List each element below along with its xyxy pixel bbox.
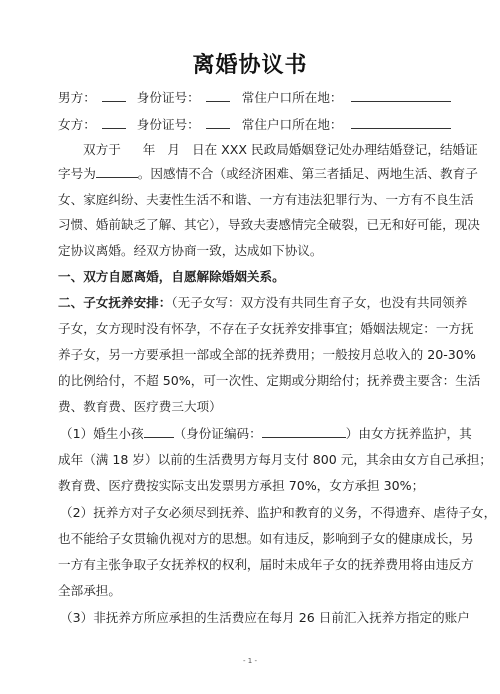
clause-1-text: （身份证编码： — [174, 426, 262, 441]
male-id-label: 身份证号： — [137, 90, 200, 105]
clause-2-line-2: 也不能给子女贯输仇视对方的思想。如有违反，影响到子女的健康成长，另 — [58, 529, 458, 549]
intro-line-2: 字号为。因感情不合（或经济困难、第三者插足、两地生活、教育子 — [58, 164, 458, 184]
section-2-line-3: 养子女，另一方要承担一部或全部的抚养费用；一般按月总收入的 20-30% — [58, 345, 458, 365]
child-name-blank — [144, 425, 174, 438]
document-title: 离婚协议书 — [0, 48, 500, 79]
intro-line-3: 女、家庭纠纷、夫妻性生活不和谐、一方有违法犯罪行为、一方有不良生活 — [58, 190, 458, 210]
female-label: 女方： — [58, 117, 96, 132]
male-residence-label: 常住户口所在地： — [242, 90, 343, 105]
male-name-blank — [102, 89, 126, 102]
intro-line-4: 习惯、婚前缺乏了解、其它），导致夫妻感情完全破裂，已无和好可能，现决 — [58, 215, 458, 235]
female-residence-label: 常住户口所在地： — [242, 117, 343, 132]
clause-1-line-1: （1）婚生小孩（身份证编码：）由女方抚养监护，其 — [60, 424, 460, 444]
section-2-line-4: 的比例给付，不超 50%，可一次性、定期或分期给付；抚养费主要含：生活 — [58, 371, 458, 391]
page-number: - 1 - — [0, 657, 500, 665]
intro-line-1: 双方于年月日在 XXX 民政局婚姻登记处办理结婚登记，结婚证 — [83, 140, 483, 160]
section-1-heading: 一、双方自愿离婚，自愿解除婚姻关系。 — [58, 267, 458, 287]
section-2-line-1: 二、子女抚养安排：（无子女写：双方没有共同生育子女，也没有共同领养 — [58, 293, 458, 313]
clause-2-line-3: 一方有主张争取子女抚养权的权利，届时未成年子女的抚养费用将由违反方 — [58, 555, 458, 575]
female-id-blank — [206, 116, 230, 129]
clause-3-line-1: （3）非抚养方所应承担的生活费应在每月 26 日前汇入抚养方指定的账户 — [60, 608, 460, 628]
female-party-row: 女方：身份证号：常住户口所在地： — [58, 115, 458, 135]
intro-text: 。因感情不合（或经济困难、第三者插足、两地生活、教育子 — [138, 166, 478, 181]
section-2-heading: 二、子女抚养安排： — [58, 295, 171, 310]
intro-month: 月 — [167, 142, 180, 157]
intro-line-5: 定协议离婚。经双方协商一致，达成如下协议。 — [58, 241, 458, 261]
child-id-blank — [262, 425, 346, 438]
female-name-blank — [102, 116, 126, 129]
clause-1-line-3: 教育费、医疗费按实际支出发票男方承担 70%，女方承担 30%； — [58, 476, 458, 496]
clause-1-line-2: 成年（满 18 岁）以前的生活费男方每月支付 800 元，其余由女方自己承担； — [58, 450, 458, 470]
clause-1-text: （1）婚生小孩 — [60, 426, 144, 441]
section-2-line-2: 子女，女方现时没有怀孕，不存在子女抚养安排事宜；婚姻法规定：一方抚 — [58, 319, 458, 339]
female-residence-blank — [351, 116, 451, 129]
intro-text: 双方于 — [83, 142, 121, 157]
intro-text: 字号为 — [58, 166, 96, 181]
clause-2-line-1: （2）抚养方对子女必须尽到抚养、监护和教育的义务，不得遗弃、虐待子女， — [60, 503, 460, 523]
clause-2-line-4: 全部承担。 — [58, 581, 458, 601]
document-page: 离婚协议书 男方：身份证号：常住户口所在地： 女方：身份证号：常住户口所在地： … — [0, 0, 500, 694]
female-id-label: 身份证号： — [137, 117, 200, 132]
section-2-line-5: 费、教育费、医疗费三大项） — [58, 397, 458, 417]
intro-text: 日在 XXX 民政局婚姻登记处办理结婚登记，结婚证 — [192, 142, 478, 157]
certificate-number-blank — [96, 165, 138, 178]
male-party-row: 男方：身份证号：常住户口所在地： — [58, 88, 458, 108]
male-residence-blank — [351, 89, 451, 102]
male-label: 男方： — [58, 90, 96, 105]
section-2-text: （无子女写：双方没有共同生育子女，也没有共同领养 — [171, 295, 467, 310]
male-id-blank — [206, 89, 230, 102]
clause-1-text: ）由女方抚养监护，其 — [346, 426, 472, 441]
intro-year: 年 — [143, 142, 156, 157]
